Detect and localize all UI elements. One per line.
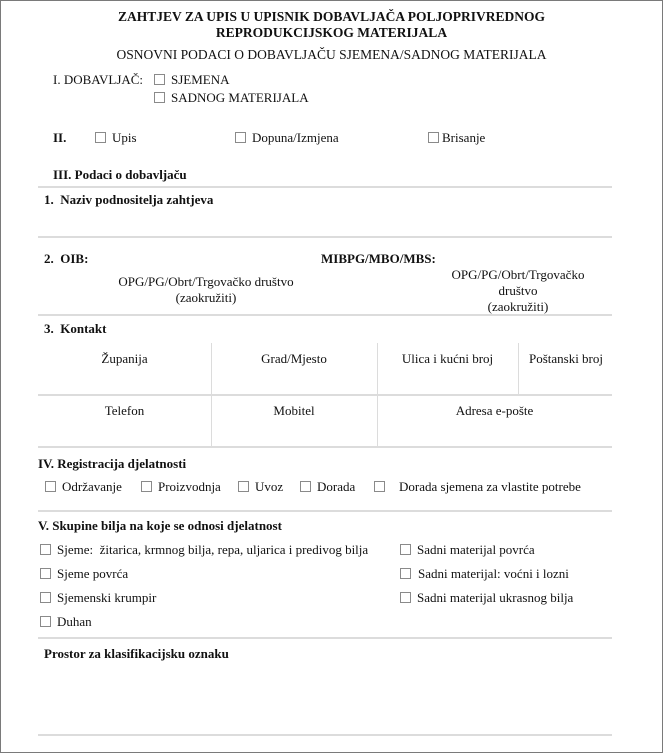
cell-telefon[interactable]: Telefon (38, 403, 211, 419)
option-uvoz[interactable]: Uvoz (238, 479, 283, 495)
checkbox-icon[interactable] (141, 481, 152, 492)
naziv-input[interactable] (38, 209, 612, 235)
cell-ulica[interactable]: Ulica i kućni broj (377, 351, 518, 367)
oib-hint: OPG/PG/Obrt/Trgovačko društvo (zaokružit… (101, 274, 311, 306)
checkbox-icon[interactable] (40, 592, 51, 603)
checkbox-icon[interactable] (95, 132, 106, 143)
option-duhan[interactable]: Duhan (40, 614, 92, 630)
divider (38, 510, 612, 512)
field-mibpg-label: MIBPG/MBO/MBS: (321, 251, 436, 267)
option-odrzavanje[interactable]: Održavanje (45, 479, 122, 495)
divider (38, 186, 612, 188)
checkbox-icon[interactable] (238, 481, 249, 492)
form-title: ZAHTJEV ZA UPIS U UPISNIK DOBAVLJAČA POL… (1, 9, 662, 41)
option-upis[interactable]: Upis (95, 130, 137, 146)
form-subtitle: OSNOVNI PODACI O DOBAVLJAČU SJEMENA/SADN… (1, 47, 662, 63)
divider (38, 734, 612, 736)
request-type-label: II. (53, 130, 66, 146)
option-sjeme-povrca[interactable]: Sjeme povrća (40, 566, 128, 582)
application-form-page: ZAHTJEV ZA UPIS U UPISNIK DOBAVLJAČA POL… (0, 0, 663, 753)
option-sadni-povrca[interactable]: Sadni materijal povrća (400, 542, 535, 558)
checkbox-icon[interactable] (235, 132, 246, 143)
mibpg-hint: OPG/PG/Obrt/Trgovačko društvo (zaokružit… (431, 267, 605, 315)
checkbox-icon[interactable] (400, 544, 411, 555)
cell-email[interactable]: Adresa e-pošte (377, 403, 612, 419)
registration-heading: IV. Registracija djelatnosti (38, 456, 186, 472)
table-row-divider (38, 446, 612, 448)
field-oib-label: 2. OIB: (44, 251, 88, 267)
classification-area[interactable] (38, 665, 612, 733)
cell-grad-mjesto[interactable]: Grad/Mjesto (211, 351, 377, 367)
cell-postanski-broj[interactable]: Poštanski broj (518, 351, 614, 367)
checkbox-icon[interactable] (40, 568, 51, 579)
checkbox-icon[interactable] (400, 592, 411, 603)
checkbox-icon[interactable] (40, 544, 51, 555)
option-dorada-vlastite[interactable]: Dorada sjemena za vlastite potrebe (374, 479, 581, 495)
option-sjemena[interactable]: SJEMENA (154, 72, 230, 88)
divider (38, 236, 612, 238)
supplier-data-heading: III. Podaci o dobavljaču (53, 167, 187, 183)
checkbox-icon[interactable] (154, 74, 165, 85)
cell-mobitel[interactable]: Mobitel (211, 403, 377, 419)
checkbox-icon[interactable] (40, 616, 51, 627)
option-sjemenski-krumpir[interactable]: Sjemenski krumpir (40, 590, 156, 606)
field-kontakt-label: 3. Kontakt (44, 321, 106, 337)
divider (38, 314, 612, 316)
field-naziv-label: 1. Naziv podnositelja zahtjeva (44, 192, 213, 208)
form-title-line2: REPRODUKCIJSKOG MATERIJALA (1, 25, 662, 41)
table-row-divider (38, 394, 612, 396)
option-sadnog-materijala[interactable]: SADNOG MATERIJALA (154, 90, 309, 106)
checkbox-icon[interactable] (45, 481, 56, 492)
option-sjeme-zitarica[interactable]: Sjeme: žitarica, krmnog bilja, repa, ulj… (40, 542, 368, 558)
option-sadni-vocni-lozni[interactable]: Sadni materijal: voćni i lozni (400, 566, 569, 582)
option-brisanje[interactable]: Brisanje (428, 130, 485, 146)
checkbox-icon[interactable] (300, 481, 311, 492)
plant-groups-heading: V. Skupine bilja na koje se odnosi djela… (38, 518, 282, 534)
option-dopuna-izmjena[interactable]: Dopuna/Izmjena (235, 130, 339, 146)
checkbox-icon[interactable] (374, 481, 385, 492)
option-dorada[interactable]: Dorada (300, 479, 355, 495)
option-sadni-ukrasnog[interactable]: Sadni materijal ukrasnog bilja (400, 590, 573, 606)
option-proizvodnja[interactable]: Proizvodnja (141, 479, 221, 495)
divider (38, 637, 612, 639)
cell-zupanija[interactable]: Županija (38, 351, 211, 367)
checkbox-icon[interactable] (400, 568, 411, 579)
checkbox-icon[interactable] (154, 92, 165, 103)
checkbox-icon[interactable] (428, 132, 439, 143)
classification-label: Prostor za klasifikacijsku oznaku (44, 646, 229, 662)
form-title-line1: ZAHTJEV ZA UPIS U UPISNIK DOBAVLJAČA POL… (1, 9, 662, 25)
supplier-type-label: I. DOBAVLJAČ: (53, 72, 143, 88)
